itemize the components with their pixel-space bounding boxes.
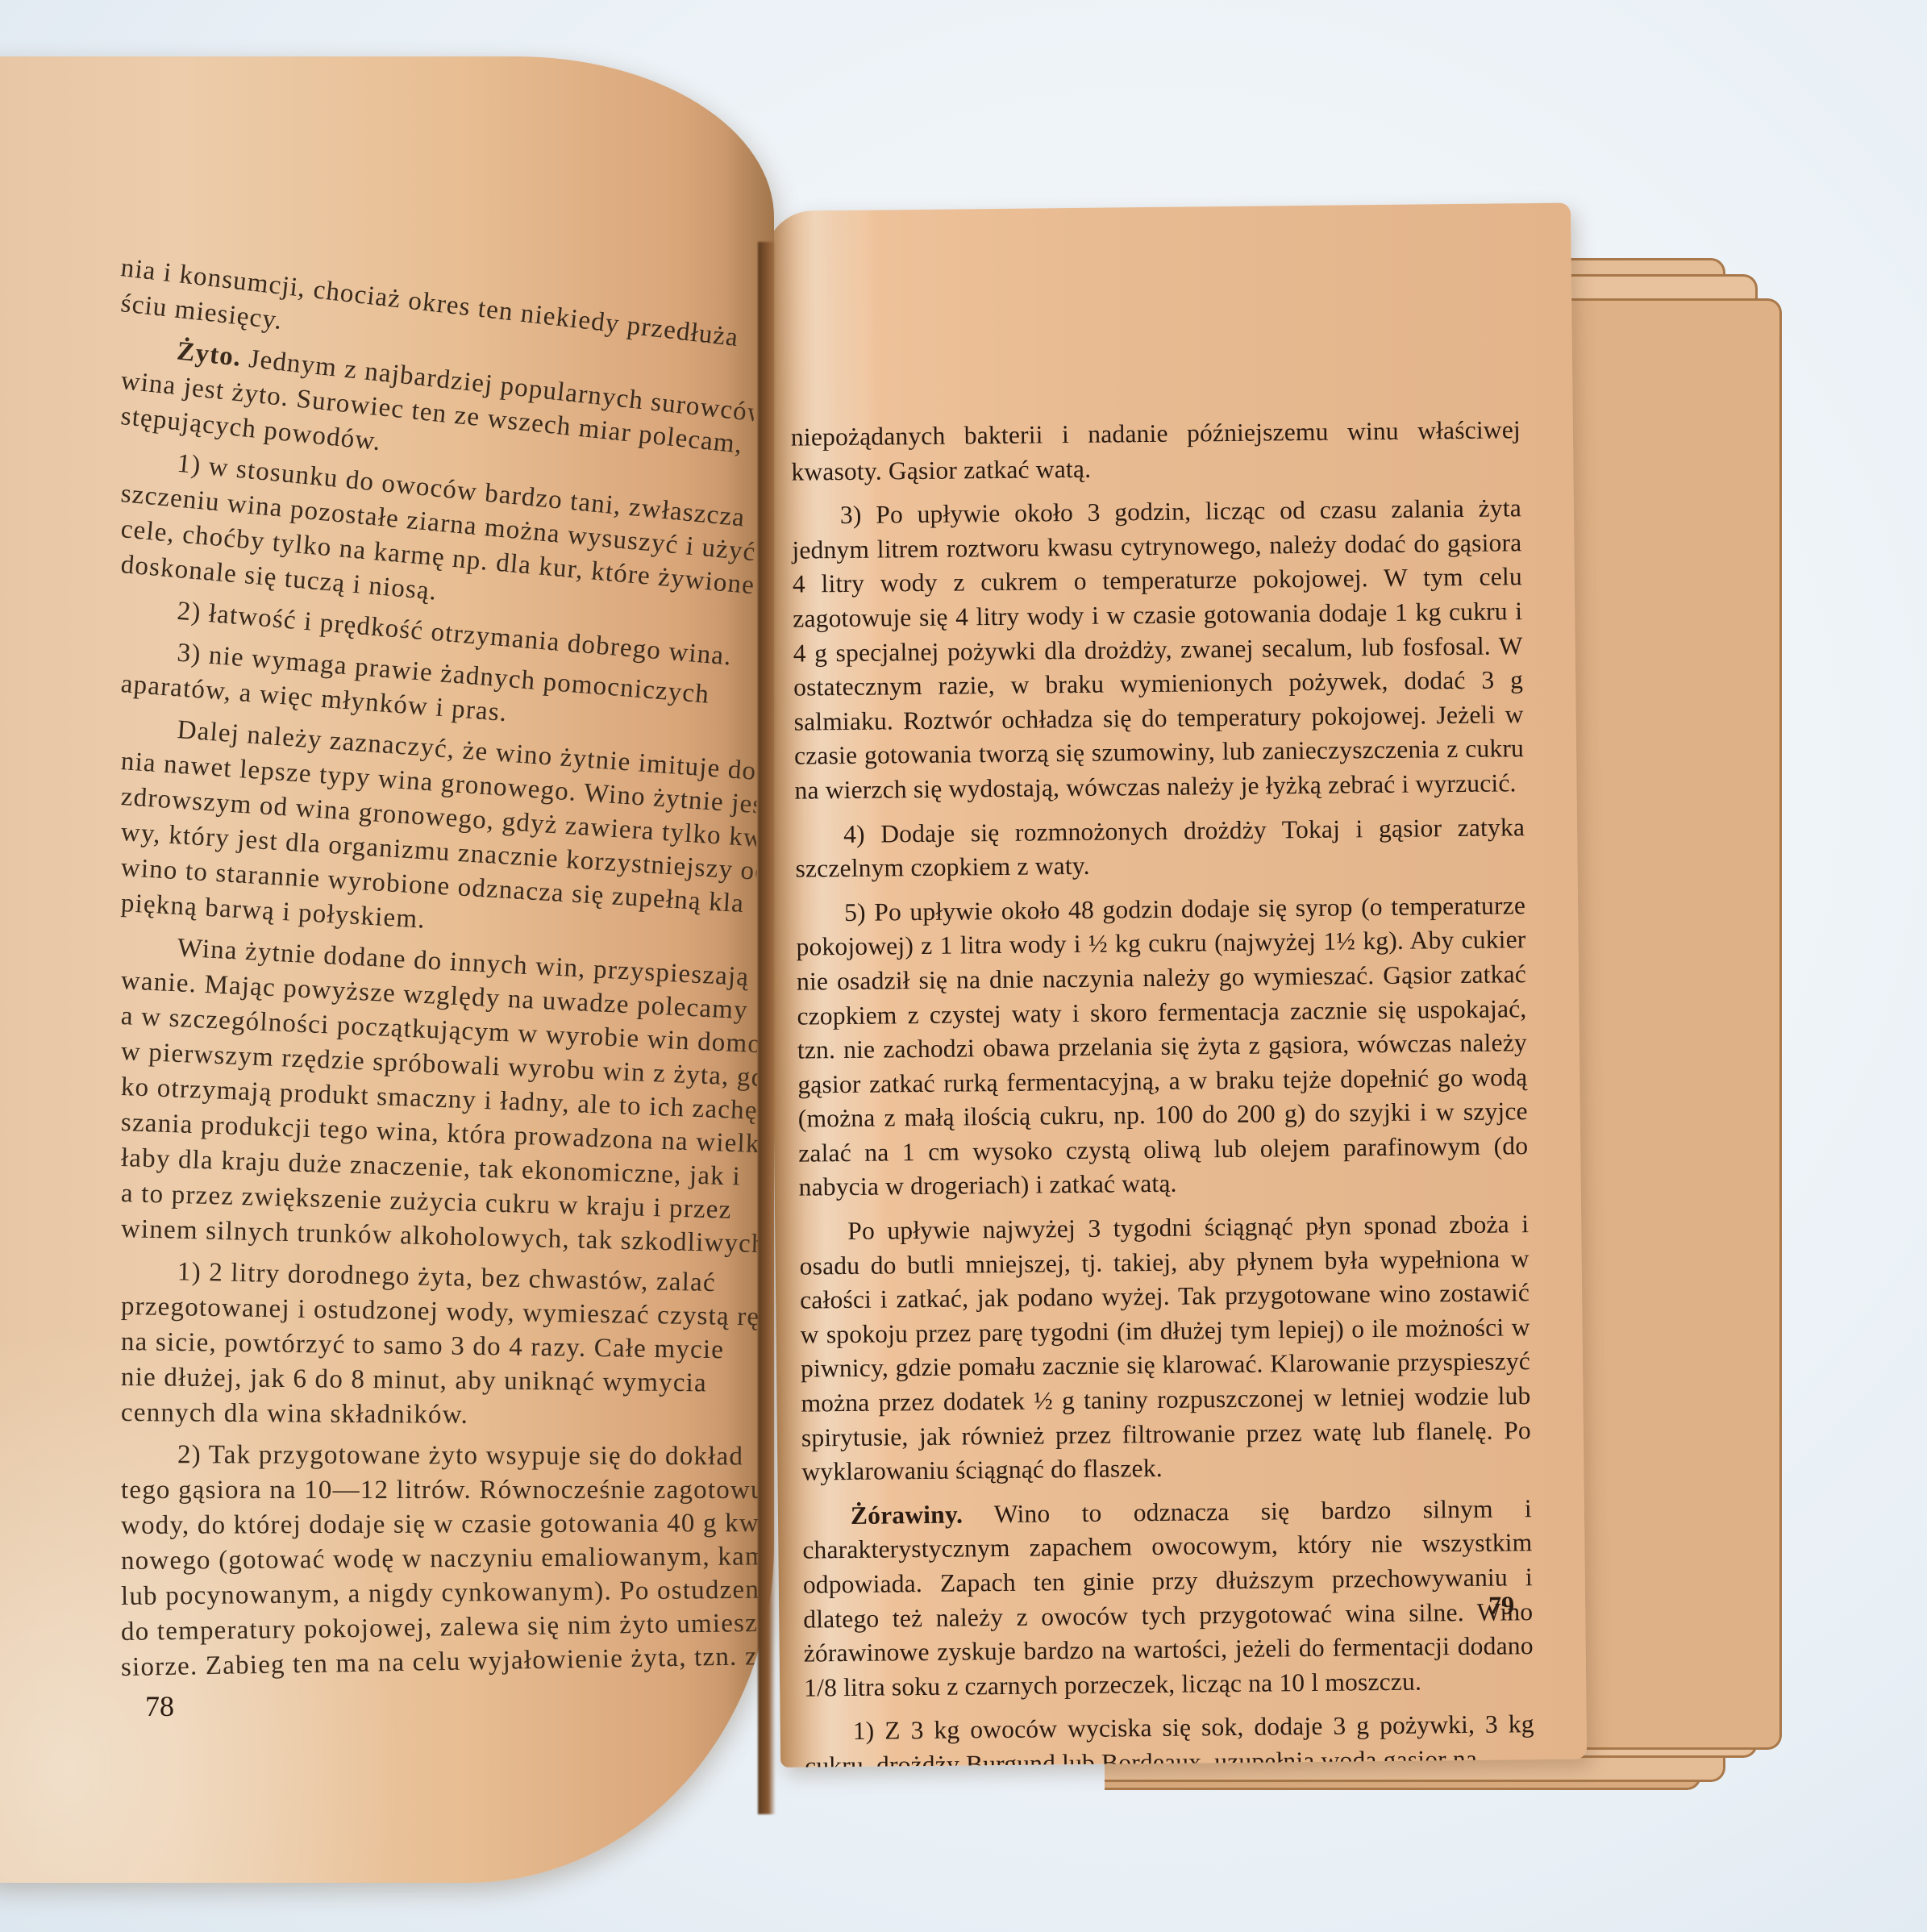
paragraph: Po upływie najwyżej 3 tygodni ściągnąć p… [799,1207,1532,1489]
paragraph: niepożądanych bakterii i nadanie później… [791,413,1521,489]
section-heading: Żyto. [176,337,243,373]
paragraph: 5) Po upływie około 48 godzin dodaje się… [796,889,1529,1205]
left-page-body: nia i konsumcji, chociaż okres ten nieki… [121,250,758,1685]
line-text: wody, do której dodaje się w czasie goto… [121,1509,758,1540]
paragraph-text: 5) Po upływie około 48 godzin dodaje się… [796,891,1528,1201]
section-heading: Żórawiny. [851,1500,963,1529]
paragraph: 3) Po upływie około 3 godzin, licząc od … [792,491,1525,808]
book-gutter [758,242,776,1814]
paragraph-text: 1) Z 3 kg owoców wyciska się sok, dodaje… [805,1709,1534,1767]
page-number: 78 [145,1689,174,1723]
text-line: wody, do której dodaje się w czasie goto… [121,1505,758,1543]
paragraph-text: niepożądanych bakterii i nadanie później… [791,415,1521,485]
line-text: lub pocynowanym, a nigdy cynkowanym). Po… [121,1575,758,1611]
right-page: niepożądanych bakterii i nadanie później… [764,203,1587,1768]
line-text: 2) Tak przygotowane żyto wsypuje się do … [177,1440,743,1471]
line-text: cennych dla wina składników. [121,1398,468,1430]
paragraph: 1) Z 3 kg owoców wyciska się sok, dodaje… [805,1707,1535,1767]
left-page: nia i konsumcji, chociaż okres ten nieki… [0,56,774,1883]
line-text: nie dłużej, jak 6 do 8 minut, aby unikną… [121,1363,707,1397]
page-number: 79 [1488,1590,1514,1620]
paragraph: 4) Dodaje się rozmnożonych drożdży Tokaj… [795,810,1525,887]
line-text: siorze. Zabieg ten ma na celu wyjałowien… [121,1642,758,1682]
text-line: cennych dla wina składników. [121,1395,758,1434]
paragraph-text: 4) Dodaje się rozmnożonych drożdży Tokaj… [795,813,1525,883]
line-text: nowego (gotować wodę w naczyniu emaliowa… [121,1542,758,1576]
text-line: tego gąsiora na 10—12 litrów. Równocześn… [121,1472,758,1508]
line-text: na sicie, powtórzyć to samo 3 do 4 razy.… [121,1327,725,1364]
right-page-body: niepożądanych bakterii i nadanie później… [791,413,1535,1768]
paragraph-text: 3) Po upływie około 3 godzin, licząc od … [792,493,1524,804]
paragraph-text: Po upływie najwyżej 3 tygodni ściągnąć p… [800,1210,1532,1486]
section-zorawiny: Żórawiny. Wino to odznacza się bardzo si… [802,1492,1534,1705]
text-line: 2) Tak przygotowane żyto wsypuje się do … [121,1437,758,1474]
line-text: tego gąsiora na 10—12 litrów. Równocześn… [121,1476,758,1505]
